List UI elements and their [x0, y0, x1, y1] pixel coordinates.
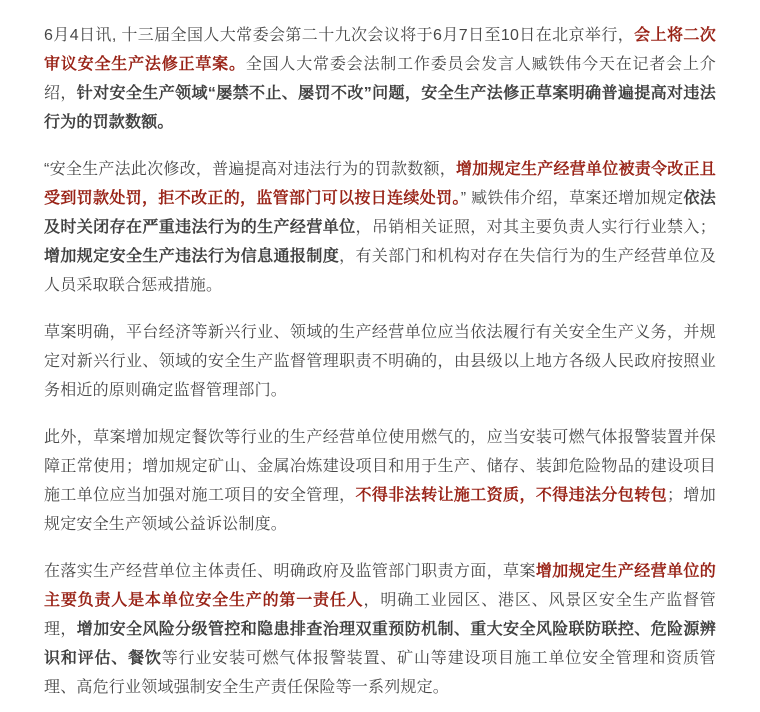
paragraph: 6月4日讯, 十三届全国人大常委会第二十九次会议将于6月7日至10日在北京举行，… [44, 21, 716, 137]
paragraph: 草案明确，平台经济等新兴行业、领域的生产经营单位应当依法履行有关安全生产义务，并… [44, 318, 716, 405]
text-run: “安全生产法此次修改，普遍提高对违法行为的罚款数额， [44, 161, 456, 178]
text-run: 增加规定安全生产违法行为信息通报制度 [44, 248, 339, 265]
paragraph: “安全生产法此次修改，普遍提高对违法行为的罚款数额，增加规定生产经营单位被责令改… [44, 155, 716, 300]
text-run: 6月4日讯, 十三届全国人大常委会第二十九次会议将于6月7日至10日在北京举行， [44, 27, 634, 44]
text-run: ，吊销相关证照，对其主要负责人实行行业禁入； [356, 219, 717, 236]
article-body: 6月4日讯, 十三届全国人大常委会第二十九次会议将于6月7日至10日在北京举行，… [0, 0, 760, 712]
paragraph: 此外，草案增加规定餐饮等行业的生产经营单位使用燃气的，应当安装可燃气体报警装置并… [44, 423, 716, 539]
text-run: 在落实生产经营单位主体责任、明确政府及监管部门职责方面，草案 [44, 563, 536, 580]
text-run: 不得非法转让施工资质，不得违法分包转包 [356, 487, 668, 504]
paragraph: 在落实生产经营单位主体责任、明确政府及监管部门职责方面，草案增加规定生产经营单位… [44, 557, 716, 702]
text-run: 草案明确，平台经济等新兴行业、领域的生产经营单位应当依法履行有关安全生产义务，并… [44, 324, 716, 399]
text-run: ” 臧铁伟介绍，草案还增加规定 [461, 190, 684, 207]
text-run: 针对安全生产领域“屡禁不止、屡罚不改”问题，安全生产法修正草案明确普遍提高对违法… [44, 85, 716, 131]
